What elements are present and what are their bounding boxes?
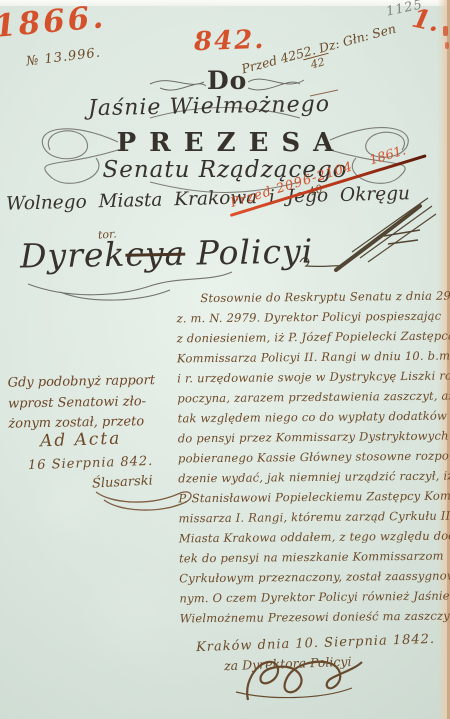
- margin-resolution: Ad Acta: [40, 429, 122, 452]
- sender-title: Dyrekcya Policyi: [20, 231, 314, 275]
- body-text-line: Miasta Krakowa oddałem, z tego względu d…: [179, 526, 447, 549]
- body-text-line: do pensyi przez Kommissarzy Dystryktowyc…: [178, 426, 446, 449]
- red-doc-number: 842.: [193, 25, 265, 57]
- body-text-line: dzenie wydać, jak niemniej urządzić racz…: [178, 466, 446, 489]
- body-text-line: Cyrkułowym przeznaczony, został zaassygn…: [179, 566, 447, 589]
- body-text-line: Wielmożnemu Prezesowi donieść ma zaszczy…: [180, 606, 448, 629]
- sender-correction: tor.: [98, 227, 117, 241]
- body-text-line: P. Stanisławowi Popieleckiemu Zastępcy K…: [178, 486, 446, 509]
- body-text-line: Stosownie do Reskryptu Senatu z dnia 29.: [176, 286, 444, 309]
- addressee-line-3: Wolnego Miasta Krakowa i Jego Okręgu: [6, 182, 442, 214]
- body-text: Stosownie do Reskryptu Senatu z dnia 29.…: [176, 286, 448, 629]
- body-text-line: tek do pensyi na mieszkanie Kommissarzom: [179, 546, 447, 569]
- red-edge-mark: [443, 26, 448, 36]
- red-edge-mark: [445, 42, 449, 49]
- salutation-do: Do: [207, 66, 247, 95]
- body-text-line: z doniesieniem, iż P. Józef Popielecki Z…: [177, 326, 445, 349]
- body-text-line: missarza I. Rangi, któremu zarząd Cyrkuł…: [179, 506, 447, 529]
- clerk-signature: Ślusarski: [92, 473, 153, 491]
- body-text-line: pobieranego Kassie Główney stosowne rozp…: [178, 446, 446, 469]
- body-text-line: tak względem niego co do wypłaty dodatkó…: [177, 406, 445, 429]
- closing-date-line: Kraków dnia 10. Sierpnia 1842.: [196, 632, 435, 655]
- clerk-signature-flourish-icon: [96, 492, 191, 510]
- register-number: № 13.996.: [25, 45, 101, 69]
- sender-suffix: Policyi: [185, 231, 314, 272]
- body-text-line: i r. urzędowanie swoje w Dystrykcyę Lisz…: [177, 366, 445, 389]
- diagonal-filing-reference-top: Przed 4252. Dz: Głn: Sen 42: [240, 11, 440, 89]
- body-text-line: Kommissarza Policyi II. Rangi w dniu 10.…: [177, 346, 445, 369]
- sender-struck-suffix: cya: [125, 234, 185, 274]
- sender-prefix: Dyrek: [20, 235, 126, 276]
- addressee-line-1: Jaśnie Wielmożnego: [88, 92, 330, 121]
- pen-crosshatch-icon: [300, 198, 436, 270]
- closing-signed-for: za Dyrektora Policyi: [224, 654, 352, 673]
- body-text-line: z. m. N. 2979. Dyrektor Policyi pospiesz…: [176, 306, 444, 329]
- body-text-line: nym. O czem Dyrektor Policyi również Jaś…: [179, 586, 447, 609]
- body-text-line: poczyna, zarazem przedstawienia zaszczyt…: [177, 386, 445, 409]
- margin-date: 16 Sierpnia 842.: [28, 454, 154, 473]
- document-scan: 1866. 842. 1125 1. № 13.996. Przed 4252.…: [0, 0, 450, 719]
- red-year-note: 1866.: [0, 0, 107, 45]
- margin-note: Gdy podobnyż rapportwprost Senatowi zło-…: [7, 370, 188, 435]
